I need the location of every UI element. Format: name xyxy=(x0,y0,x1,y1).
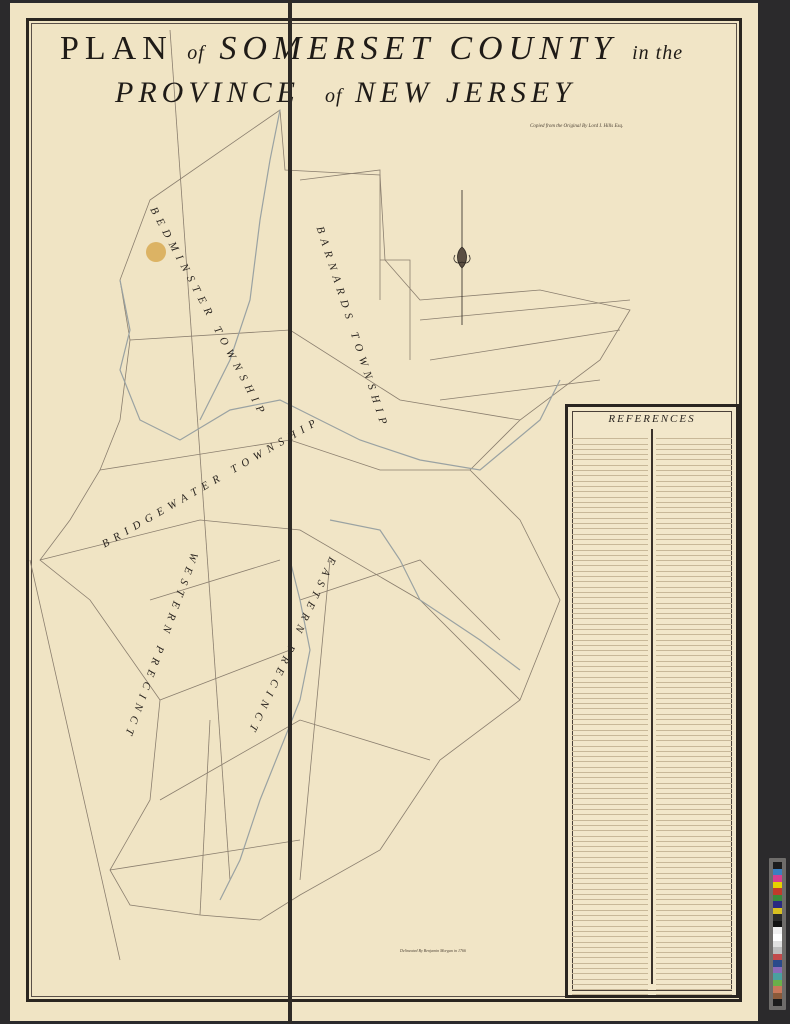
reference-row xyxy=(656,991,732,995)
title-in-the: in the xyxy=(632,42,683,64)
color-swatch xyxy=(773,882,782,889)
reference-row xyxy=(572,631,648,635)
reference-row xyxy=(572,684,648,688)
reference-row xyxy=(572,578,648,582)
reference-row xyxy=(656,726,732,730)
reference-row xyxy=(656,859,732,863)
reference-row xyxy=(572,896,648,900)
reference-row xyxy=(572,928,648,932)
reference-row xyxy=(572,748,648,752)
reference-row xyxy=(656,843,732,847)
reference-row xyxy=(572,912,648,916)
reference-row xyxy=(572,732,648,736)
reference-row xyxy=(656,562,732,566)
reference-row xyxy=(656,456,732,460)
reference-row xyxy=(572,822,648,826)
reference-row xyxy=(656,716,732,720)
reference-row xyxy=(572,605,648,609)
reference-row xyxy=(656,446,732,450)
reference-row xyxy=(572,859,648,863)
reference-row xyxy=(656,959,732,963)
reference-row xyxy=(572,753,648,757)
reference-row xyxy=(656,732,732,736)
reference-row xyxy=(572,832,648,836)
reference-row xyxy=(572,668,648,672)
title-of: of xyxy=(187,42,205,64)
reference-row xyxy=(656,472,732,476)
reference-row xyxy=(572,636,648,640)
color-swatch xyxy=(773,908,782,915)
reference-row xyxy=(656,620,732,624)
reference-row xyxy=(572,456,648,460)
reference-row xyxy=(572,981,648,985)
reference-row xyxy=(572,774,648,778)
reference-row xyxy=(656,668,732,672)
color-swatch xyxy=(773,895,782,902)
references-column-left xyxy=(572,435,648,996)
reference-row xyxy=(656,933,732,937)
reference-row xyxy=(656,541,732,545)
reference-row xyxy=(656,710,732,714)
reference-row xyxy=(656,636,732,640)
reference-row xyxy=(656,785,732,789)
reference-row xyxy=(656,594,732,598)
map-title-line1: PLAN of SOMERSET COUNTY in the xyxy=(60,30,683,68)
color-swatch xyxy=(773,954,782,961)
reference-row xyxy=(572,657,648,661)
reference-row xyxy=(656,848,732,852)
map-title-line2: PROVINCE of NEW JERSEY xyxy=(115,76,576,110)
reference-row xyxy=(572,959,648,963)
reference-row xyxy=(656,530,732,534)
reference-row xyxy=(656,684,732,688)
reference-row xyxy=(656,631,732,635)
reference-row xyxy=(656,610,732,614)
reference-row xyxy=(656,589,732,593)
reference-row xyxy=(656,652,732,656)
reference-row xyxy=(572,493,648,497)
reference-row xyxy=(572,520,648,524)
reference-row xyxy=(656,922,732,926)
reference-row xyxy=(656,493,732,497)
reference-row xyxy=(656,742,732,746)
reference-row xyxy=(656,520,732,524)
reference-row xyxy=(572,970,648,974)
reference-row xyxy=(656,573,732,577)
reference-row xyxy=(572,594,648,598)
reference-row xyxy=(572,869,648,873)
reference-row xyxy=(572,546,648,550)
reference-row xyxy=(656,477,732,481)
reference-row xyxy=(572,451,648,455)
reference-row xyxy=(656,737,732,741)
color-swatch xyxy=(773,869,782,876)
reference-row xyxy=(572,922,648,926)
reference-row xyxy=(656,605,732,609)
references-column-divider xyxy=(651,429,653,984)
reference-row xyxy=(656,769,732,773)
reference-row xyxy=(572,779,648,783)
reference-row xyxy=(572,885,648,889)
reference-row xyxy=(656,954,732,958)
reference-row xyxy=(572,906,648,910)
reference-row xyxy=(572,530,648,534)
reference-row xyxy=(656,673,732,677)
reference-row xyxy=(656,467,732,471)
reference-row xyxy=(572,838,648,842)
color-swatch xyxy=(773,888,782,895)
reference-row xyxy=(656,679,732,683)
reference-row xyxy=(656,880,732,884)
reference-row xyxy=(572,599,648,603)
reference-row xyxy=(572,695,648,699)
references-column-right xyxy=(656,435,732,996)
reference-row xyxy=(572,726,648,730)
reference-row xyxy=(572,440,648,444)
color-swatch xyxy=(773,914,782,921)
reference-row xyxy=(572,610,648,614)
color-swatch xyxy=(773,993,782,1000)
reference-row xyxy=(572,944,648,948)
reference-row xyxy=(656,440,732,444)
reference-row xyxy=(572,689,648,693)
reference-row xyxy=(656,896,732,900)
color-swatch xyxy=(773,947,782,954)
reference-row xyxy=(572,880,648,884)
reference-row xyxy=(656,832,732,836)
reference-row xyxy=(656,488,732,492)
reference-row xyxy=(572,716,648,720)
color-calibration-bar xyxy=(769,858,786,1010)
reference-row xyxy=(572,705,648,709)
reference-row xyxy=(572,647,648,651)
reference-row xyxy=(656,615,732,619)
reference-row xyxy=(572,795,648,799)
reference-row xyxy=(572,583,648,587)
reference-row xyxy=(656,917,732,921)
reference-row xyxy=(656,567,732,571)
title-of-2: of xyxy=(325,85,343,107)
reference-row xyxy=(656,461,732,465)
reference-row xyxy=(656,451,732,455)
color-swatch xyxy=(773,921,782,928)
title-province: PROVINCE xyxy=(115,76,300,109)
reference-row xyxy=(572,949,648,953)
reference-row xyxy=(572,673,648,677)
reference-row xyxy=(656,499,732,503)
reference-row xyxy=(572,435,648,439)
reference-row xyxy=(656,504,732,508)
reference-row xyxy=(572,986,648,990)
color-swatch xyxy=(773,967,782,974)
reference-row xyxy=(572,700,648,704)
reference-row xyxy=(572,811,648,815)
reference-row xyxy=(572,991,648,995)
reference-row xyxy=(656,552,732,556)
reference-row xyxy=(656,509,732,513)
reference-row xyxy=(572,721,648,725)
reference-row xyxy=(572,541,648,545)
reference-row xyxy=(656,700,732,704)
reference-row xyxy=(572,488,648,492)
reference-row xyxy=(572,573,648,577)
reference-row xyxy=(572,461,648,465)
reference-row xyxy=(656,583,732,587)
reference-row xyxy=(656,975,732,979)
reference-row xyxy=(656,864,732,868)
reference-row xyxy=(656,822,732,826)
reference-row xyxy=(572,785,648,789)
references-title: REFERENCES xyxy=(568,413,736,425)
reference-row xyxy=(572,562,648,566)
reference-row xyxy=(572,504,648,508)
color-swatch xyxy=(773,973,782,980)
reference-row xyxy=(572,737,648,741)
title-new-jersey: NEW JERSEY xyxy=(355,76,576,109)
reference-row xyxy=(656,721,732,725)
reference-row xyxy=(572,525,648,529)
reference-row xyxy=(656,986,732,990)
reference-row xyxy=(656,949,732,953)
reference-row xyxy=(656,790,732,794)
reference-row xyxy=(656,965,732,969)
reference-row xyxy=(572,790,648,794)
reference-row xyxy=(572,901,648,905)
reference-row xyxy=(572,710,648,714)
reference-row xyxy=(656,525,732,529)
reference-row xyxy=(656,795,732,799)
reference-row xyxy=(656,705,732,709)
reference-row xyxy=(656,885,732,889)
reference-row xyxy=(572,642,648,646)
references-panel: REFERENCES xyxy=(565,404,739,998)
reference-row xyxy=(572,769,648,773)
color-swatch xyxy=(773,980,782,987)
reference-row xyxy=(656,642,732,646)
reference-row xyxy=(572,483,648,487)
reference-row xyxy=(572,763,648,767)
reference-row xyxy=(656,912,732,916)
reference-row xyxy=(656,816,732,820)
reference-row xyxy=(572,742,648,746)
reference-row xyxy=(656,774,732,778)
wax-seal-stain xyxy=(146,242,166,262)
reference-row xyxy=(656,546,732,550)
reference-row xyxy=(572,552,648,556)
color-swatch xyxy=(773,960,782,967)
title-plan: PLAN xyxy=(60,30,173,67)
reference-row xyxy=(656,970,732,974)
reference-row xyxy=(656,800,732,804)
color-swatch xyxy=(773,875,782,882)
reference-row xyxy=(572,589,648,593)
color-swatch xyxy=(773,901,782,908)
reference-row xyxy=(656,944,732,948)
reference-row xyxy=(572,536,648,540)
reference-row xyxy=(572,514,648,518)
reference-row xyxy=(656,753,732,757)
reference-row xyxy=(572,954,648,958)
reference-row xyxy=(656,901,732,905)
reference-row xyxy=(656,599,732,603)
reference-row xyxy=(656,483,732,487)
reference-row xyxy=(656,906,732,910)
reference-row xyxy=(572,917,648,921)
reference-row xyxy=(572,864,648,868)
reference-row xyxy=(572,965,648,969)
reference-row xyxy=(656,891,732,895)
reference-row xyxy=(572,446,648,450)
reference-row xyxy=(656,435,732,439)
reference-row xyxy=(656,779,732,783)
reference-row xyxy=(572,816,648,820)
reference-row xyxy=(572,567,648,571)
reference-row xyxy=(572,933,648,937)
reference-row xyxy=(656,647,732,651)
reference-row xyxy=(656,827,732,831)
reference-row xyxy=(656,758,732,762)
reference-row xyxy=(656,853,732,857)
reference-row xyxy=(656,578,732,582)
title-somerset-county: SOMERSET COUNTY xyxy=(219,30,617,67)
reference-row xyxy=(656,557,732,561)
reference-row xyxy=(572,467,648,471)
reference-row xyxy=(572,848,648,852)
reference-row xyxy=(656,838,732,842)
reference-row xyxy=(572,626,648,630)
reference-row xyxy=(572,509,648,513)
reference-row xyxy=(656,626,732,630)
reference-row xyxy=(572,652,648,656)
reference-row xyxy=(572,938,648,942)
reference-row xyxy=(656,536,732,540)
sheet-seam xyxy=(288,0,292,1024)
attribution-text: Copied from the Original By Lord I. Hill… xyxy=(530,124,623,129)
reference-row xyxy=(656,938,732,942)
reference-row xyxy=(572,679,648,683)
reference-row xyxy=(656,514,732,518)
reference-row xyxy=(572,800,648,804)
reference-row xyxy=(656,811,732,815)
reference-row xyxy=(656,663,732,667)
reference-row xyxy=(656,763,732,767)
signature-text: Delineated By Benjamin Morgan in 1766 xyxy=(400,948,466,953)
reference-row xyxy=(572,615,648,619)
color-swatch xyxy=(773,986,782,993)
reference-row xyxy=(572,975,648,979)
reference-row xyxy=(656,748,732,752)
reference-row xyxy=(656,695,732,699)
reference-row xyxy=(572,853,648,857)
color-swatch xyxy=(773,999,782,1006)
color-swatch xyxy=(773,941,782,948)
reference-row xyxy=(572,827,648,831)
reference-row xyxy=(572,758,648,762)
reference-row xyxy=(572,806,648,810)
reference-row xyxy=(572,875,648,879)
reference-row xyxy=(656,869,732,873)
reference-row xyxy=(572,843,648,847)
reference-row xyxy=(656,806,732,810)
reference-row xyxy=(572,891,648,895)
reference-row xyxy=(656,928,732,932)
reference-row xyxy=(572,557,648,561)
reference-row xyxy=(656,981,732,985)
reference-row xyxy=(572,472,648,476)
reference-row xyxy=(656,657,732,661)
color-swatch xyxy=(773,927,782,934)
reference-row xyxy=(572,499,648,503)
reference-row xyxy=(656,689,732,693)
reference-row xyxy=(656,875,732,879)
reference-row xyxy=(572,477,648,481)
reference-row xyxy=(572,620,648,624)
reference-row xyxy=(572,663,648,667)
